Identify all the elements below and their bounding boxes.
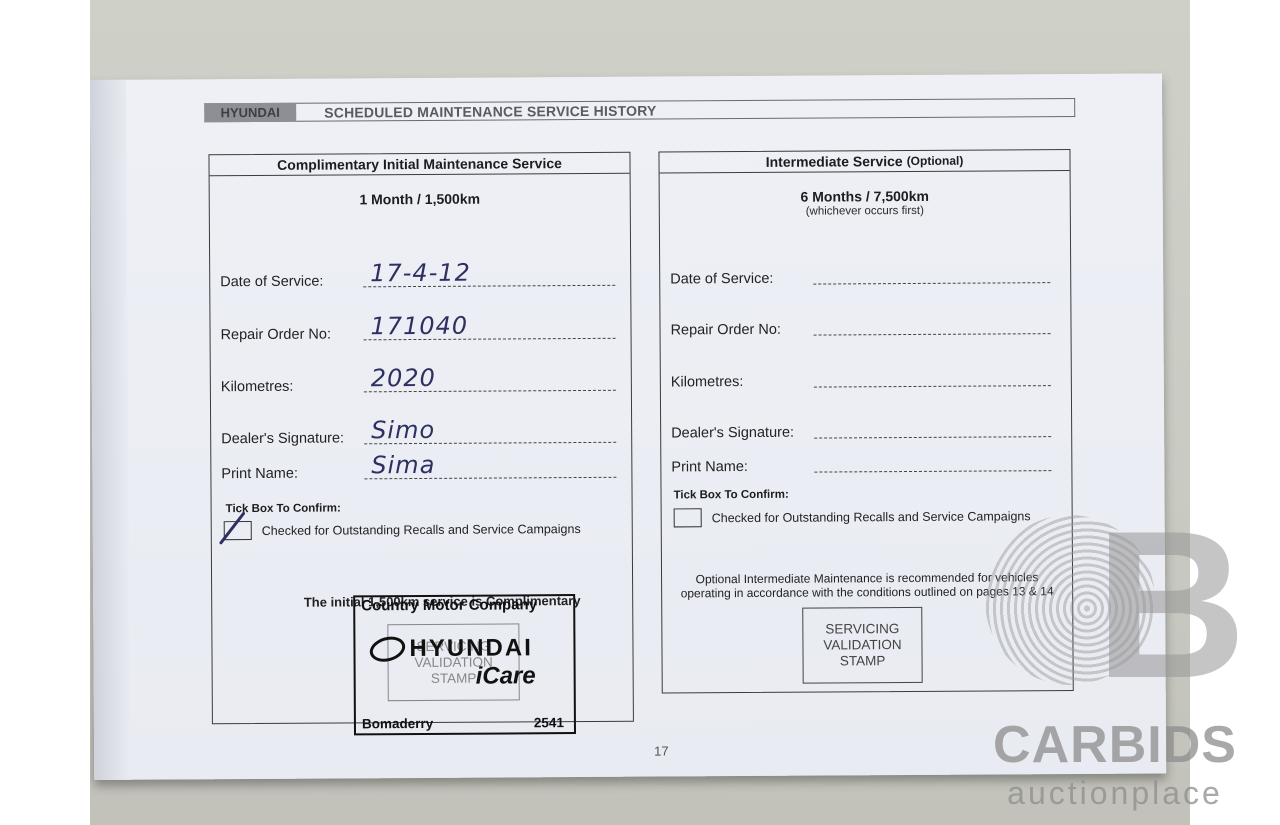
dealer-stamp: Country Motor Company HYUNDAI iCare Boma…: [353, 594, 576, 735]
repair-order-field[interactable]: Repair Order No:: [670, 306, 1050, 338]
logo-text: HYUNDAI: [409, 634, 533, 663]
photo-background: HYUNDAI SCHEDULED MAINTENANCE SERVICE HI…: [90, 0, 1190, 825]
header-brand: HYUNDAI: [204, 103, 296, 123]
dealer-signature-field[interactable]: Dealer's Signature:: [671, 409, 1051, 441]
dealer-town: Bomaderry: [362, 716, 433, 731]
recalls-checkbox-row: Checked for Outstanding Recalls and Serv…: [674, 506, 1031, 527]
panel-title: Complimentary Initial Maintenance Servic…: [209, 153, 629, 177]
field-line: [814, 385, 1051, 387]
page-header: HYUNDAI SCHEDULED MAINTENANCE SERVICE HI…: [204, 98, 1075, 122]
service-interval: 1 Month / 1,500km: [210, 190, 630, 209]
field-line: [814, 470, 1051, 472]
field-line: [813, 282, 1050, 284]
field-label: Dealer's Signature:: [671, 425, 794, 442]
date-of-service-field[interactable]: Date of Service:: [670, 255, 1050, 287]
validation-stamp-box: SERVICING VALIDATION STAMP: [802, 607, 922, 684]
recalls-checkbox[interactable]: [224, 521, 252, 540]
handwritten-value: 2020: [371, 364, 436, 392]
field-label: Kilometres:: [671, 374, 744, 390]
optional-label: (Optional): [907, 154, 964, 168]
field-label: Repair Order No:: [670, 322, 781, 339]
interval-note: (whichever occurs first): [660, 204, 1070, 219]
recalls-checkbox-row: Checked for Outstanding Recalls and Serv…: [224, 519, 581, 540]
panel-title: Intermediate Service (Optional): [659, 150, 1069, 174]
check-mark-icon: [219, 511, 246, 545]
handwritten-signature: Simo: [371, 416, 435, 444]
optional-maintenance-note: Optional Intermediate Maintenance is rec…: [667, 570, 1067, 600]
kilometres-field[interactable]: Kilometres:: [671, 358, 1051, 390]
intermediate-service-panel: Intermediate Service (Optional) 6 Months…: [658, 149, 1073, 694]
field-label: Print Name:: [671, 459, 748, 475]
field-label: Print Name:: [221, 466, 298, 482]
tick-box-label: Tick Box To Confirm:: [674, 489, 789, 502]
field-label: Dealer's Signature:: [221, 430, 344, 447]
header-title: SCHEDULED MAINTENANCE SERVICE HISTORY: [324, 102, 656, 120]
checkbox-label: Checked for Outstanding Recalls and Serv…: [262, 522, 581, 538]
stamp-line: VALIDATION: [823, 637, 901, 653]
print-name-field[interactable]: Print Name: Sima: [221, 450, 616, 482]
page-number: 17: [654, 743, 669, 758]
field-line: [814, 333, 1051, 335]
handwritten-value: Sima: [371, 451, 435, 479]
note-line: operating in accordance with the conditi…: [667, 584, 1067, 600]
page-gutter: [90, 80, 130, 780]
date-of-service-field[interactable]: Date of Service: 17-4-12: [220, 258, 615, 290]
handwritten-value: 17-4-12: [370, 259, 471, 288]
stamp-line: SERVICING: [825, 621, 899, 637]
field-line: [814, 436, 1051, 438]
checkbox-label: Checked for Outstanding Recalls and Serv…: [712, 509, 1031, 525]
stamp-line: STAMP: [840, 653, 886, 669]
handwritten-value: 171040: [370, 312, 468, 341]
panel-title-text: Intermediate Service: [766, 153, 903, 170]
dealer-postcode: 2541: [534, 715, 564, 730]
hyundai-emblem-icon: [367, 633, 408, 666]
field-label: Date of Service:: [670, 271, 773, 288]
service-book-page: HYUNDAI SCHEDULED MAINTENANCE SERVICE HI…: [90, 73, 1166, 780]
repair-order-field[interactable]: Repair Order No: 171040: [220, 311, 615, 343]
service-interval: 6 Months / 7,500km: [660, 187, 1070, 206]
icare-logo: iCare: [476, 662, 536, 690]
field-label: Repair Order No:: [221, 327, 332, 344]
field-label: Date of Service:: [220, 274, 323, 291]
dealer-signature-field[interactable]: Dealer's Signature: Simo: [221, 415, 616, 447]
field-label: Kilometres:: [221, 379, 294, 395]
kilometres-field[interactable]: Kilometres: 2020: [221, 363, 616, 395]
recalls-checkbox[interactable]: [674, 508, 702, 527]
print-name-field[interactable]: Print Name:: [671, 443, 1051, 475]
hyundai-logo: HYUNDAI: [369, 634, 533, 663]
dealer-name: Country Motor Company: [361, 596, 537, 614]
